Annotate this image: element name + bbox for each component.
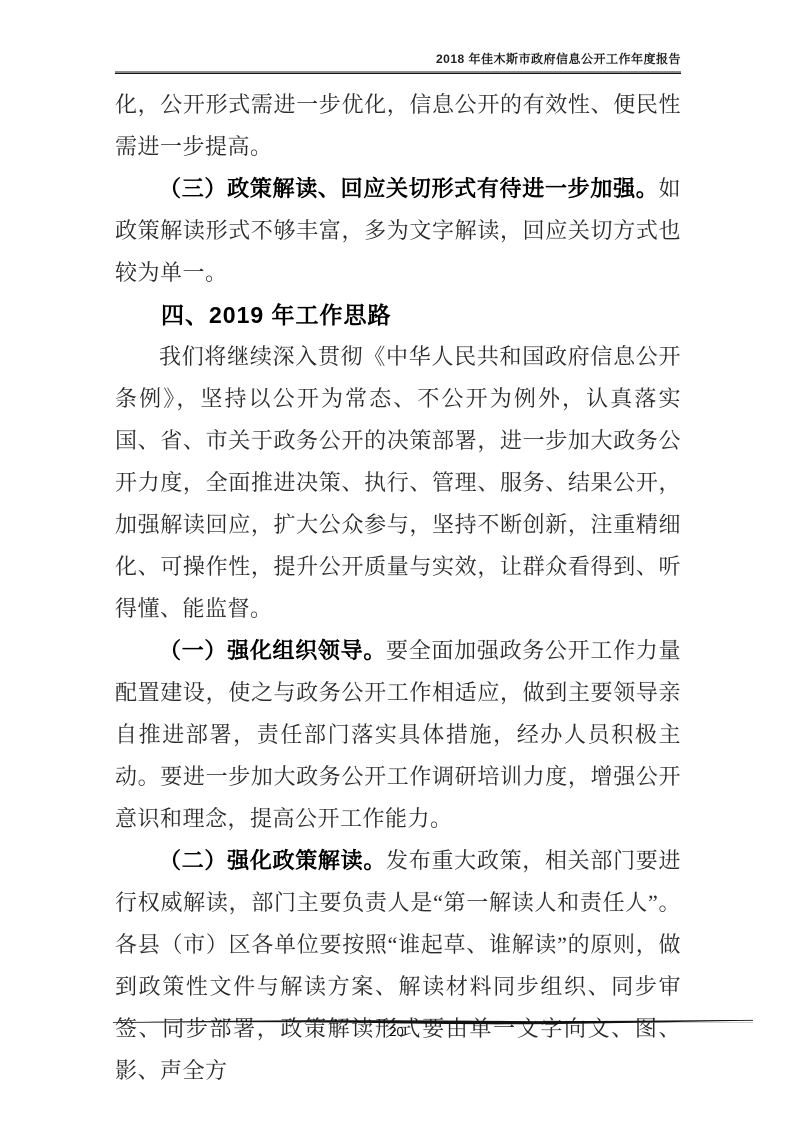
page-header: 2018 年佳木斯市政府信息公开工作年度报告	[115, 50, 681, 67]
page-number: 20	[0, 1024, 793, 1039]
paragraph-section-3: （三）政策解读、回应关切形式有待进一步加强。如政策解读形式不够丰富，多为文字解读…	[115, 168, 681, 294]
footer-rule	[113, 1014, 753, 1024]
paragraph-continuation: 化，公开形式需进一步优化，信息公开的有效性、便民性需进一步提高。	[115, 84, 681, 168]
item-1-body: 要全面加强政务公开工作力量配置建设，使之与政务公开工作相适应，做到主要领导亲自推…	[115, 638, 681, 831]
item-2-body: 发布重大政策，相关部门要进行权威解读，部门主要负责人是“第一解读人和责任人”。各…	[115, 848, 681, 1083]
running-header-title: 2018 年佳木斯市政府信息公开工作年度报告	[436, 52, 681, 66]
document-body: 化，公开形式需进一步优化，信息公开的有效性、便民性需进一步提高。 （三）政策解读…	[115, 84, 681, 1092]
paragraph-item-2: （二）强化政策解读。发布重大政策，相关部门要进行权威解读，部门主要负责人是“第一…	[115, 840, 681, 1092]
paragraph-item-1: （一）强化组织领导。要全面加强政务公开工作力量配置建设，使之与政务公开工作相适应…	[115, 630, 681, 840]
paragraph-chapter-4-intro: 我们将继续深入贯彻《中华人民共和国政府信息公开条例》，坚持以公开为常态、不公开为…	[115, 336, 681, 630]
header-rule	[115, 71, 681, 74]
chapter-4-heading: 四、2019 年工作思路	[115, 294, 681, 336]
section-3-lead: （三）政策解读、回应关切形式有待进一步加强。	[159, 176, 658, 201]
document-page: 2018 年佳木斯市政府信息公开工作年度报告 化，公开形式需进一步优化，信息公开…	[0, 0, 793, 1122]
item-2-lead: （二）强化政策解读。	[159, 848, 386, 873]
item-1-lead: （一）强化组织领导。	[159, 638, 386, 663]
